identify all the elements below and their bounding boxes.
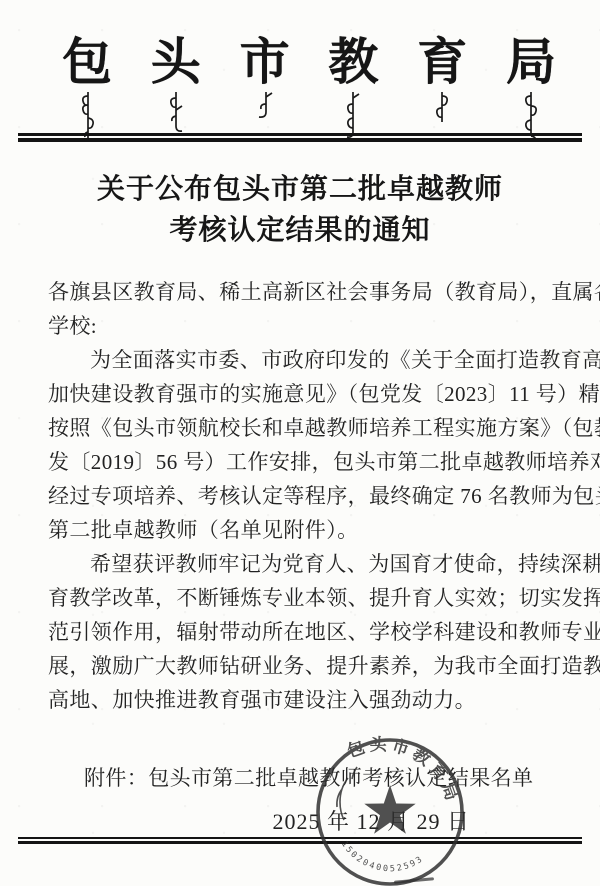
body-line: 各旗县区教育局、稀土高新区社会事务局（教育局），直属各 bbox=[48, 275, 558, 309]
agency-name-char: 局 bbox=[506, 34, 556, 90]
body-line: 高地、加快推进教育强市建设注入强劲动力。 bbox=[48, 683, 558, 717]
document-title: 关于公布包头市第二批卓越教师 考核认定结果的通知 bbox=[0, 169, 600, 251]
scanned-notice-page: 包 头 市 教 育 局 bbox=[0, 0, 600, 886]
body-line: 育教学改革，不断锤炼专业本领、提升育人实效；切实发挥示 bbox=[48, 581, 558, 615]
document-title-line2: 考核认定结果的通知 bbox=[0, 210, 600, 251]
body-line: 加快建设教育强市的实施意见》（包党发〔2023〕11 号）精神， bbox=[48, 377, 558, 411]
seal-ring-text: 包头市教育局 bbox=[345, 734, 463, 806]
body-line: 发〔2019〕56 号）工作安排，包头市第二批卓越教师培养对象 bbox=[48, 445, 558, 479]
seal-mongolian-script-icon bbox=[337, 767, 357, 820]
body-line: 为全面落实市委、市政府印发的《关于全面打造教育高地 bbox=[48, 343, 558, 377]
seal-code: 1502040052593 bbox=[339, 839, 426, 874]
body-line: 按照《包头市领航校长和卓越教师培养工程实施方案》（包教 bbox=[48, 411, 558, 445]
body-line: 展，激励广大教师钻研业务、提升素养，为我市全面打造教育 bbox=[48, 649, 558, 683]
official-seal: 包头市教育局 1502040052593 bbox=[312, 734, 468, 886]
agency-name-char: 市 bbox=[240, 34, 290, 90]
agency-name: 包 头 市 教 育 局 bbox=[62, 34, 556, 90]
header-divider-rule bbox=[18, 133, 582, 142]
agency-name-char: 头 bbox=[151, 34, 201, 90]
body-text: 各旗县区教育局、稀土高新区社会事务局（教育局），直属各 学校: 为全面落实市委、… bbox=[48, 275, 558, 795]
star-icon bbox=[364, 785, 415, 834]
attachment-line: 附件：包头市第二批卓越教师考核认定结果名单 bbox=[48, 761, 558, 795]
body-line: 范引领作用，辐射带动所在地区、学校学科建设和教师专业发 bbox=[48, 615, 558, 649]
agency-name-char: 育 bbox=[417, 34, 467, 90]
agency-name-char: 包 bbox=[62, 34, 112, 90]
footer-divider-rule bbox=[18, 837, 582, 844]
body-line: 经过专项培养、考核认定等程序，最终确定 76 名教师为包头市 bbox=[48, 479, 558, 513]
document-title-line1: 关于公布包头市第二批卓越教师 bbox=[0, 169, 600, 210]
body-line: 希望获评教师牢记为党育人、为国育才使命，持续深耕教 bbox=[48, 547, 558, 581]
body-line: 学校: bbox=[48, 309, 558, 343]
body-line: 第二批卓越教师（名单见附件）。 bbox=[48, 513, 558, 547]
agency-name-char: 教 bbox=[328, 34, 378, 90]
